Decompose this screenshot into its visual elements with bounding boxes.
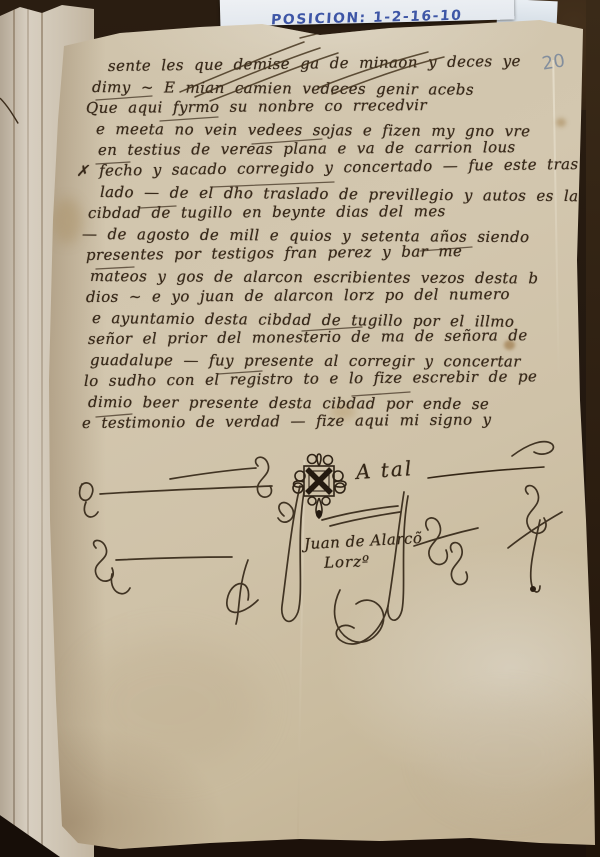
ink-flourishes-layer xyxy=(0,0,600,857)
notarial-sign-icon xyxy=(293,454,346,518)
manuscript-photo: POSICION: 1-2-16-10 20 sente les que dem… xyxy=(0,0,600,857)
gutter-crease xyxy=(41,0,43,857)
caption-trailing-stroke xyxy=(428,467,544,478)
gutter-ink-stroke xyxy=(0,92,20,126)
gutter-crease xyxy=(13,0,15,857)
gutter-crease xyxy=(27,0,29,857)
underline-strokes xyxy=(96,96,472,417)
rubric-flourishes xyxy=(80,442,562,644)
archival-slip-text: POSICION: 1-2-16-10 xyxy=(271,8,463,27)
rubric-ink-blob xyxy=(530,586,536,592)
manuscript-page: 20 sente les que demise ga de minaon y d… xyxy=(0,0,600,857)
pen-trial-strokes xyxy=(180,23,444,101)
